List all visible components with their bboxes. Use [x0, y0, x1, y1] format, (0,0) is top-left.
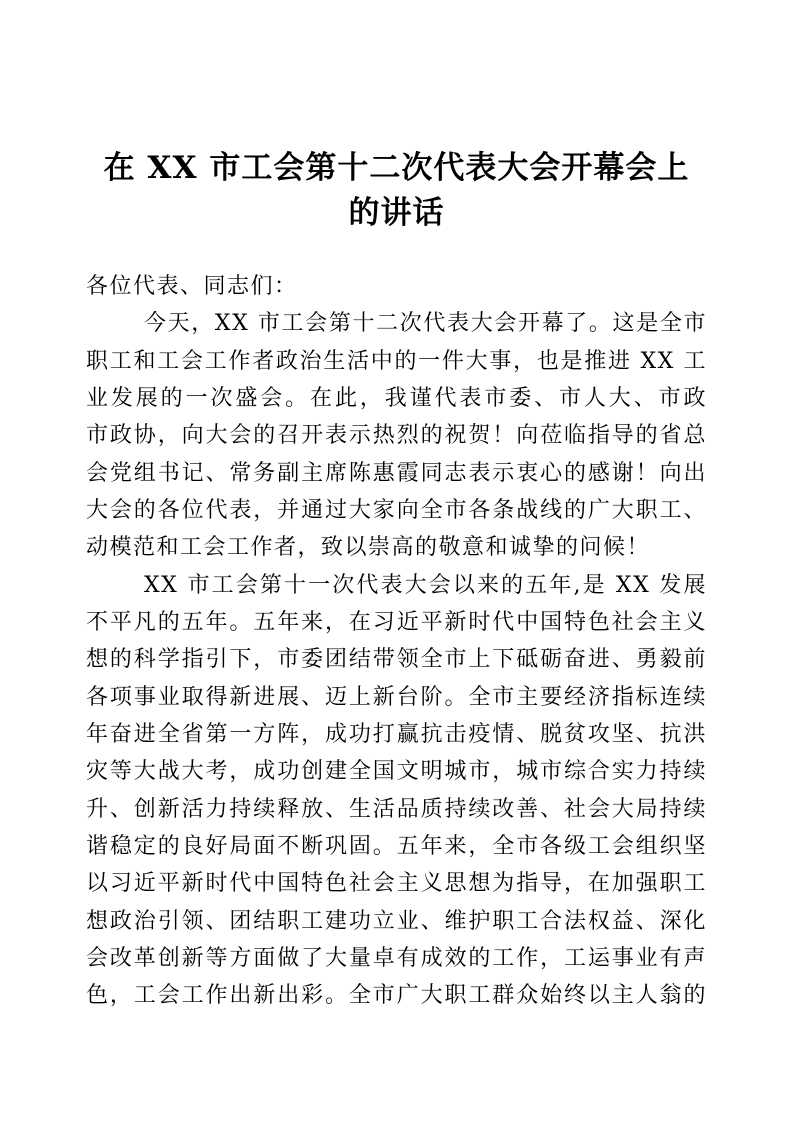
text-line: 升、创新活力持续释放、生活品质持续改善、社会大局持续和	[86, 791, 707, 828]
text-line: 今天，XX 市工会第十二次代表大会开幕了。这是全市广大	[86, 305, 707, 342]
text-line: 职工和工会工作者政治生活中的一件大事，也是推进 XX 工运事	[86, 343, 707, 380]
text-line: 业发展的一次盛会。在此，我谨代表市委、市人大、市政府、	[86, 380, 707, 417]
text-line: 色，工会工作出新出彩。全市广大职工群众始终以主人翁的姿	[86, 977, 707, 1014]
document-title: 在 XX 市工会第十二次代表大会开幕会上的讲话	[86, 146, 707, 236]
document-page: 在 XX 市工会第十二次代表大会开幕会上的讲话 各位代表、同志们：今天，XX 市…	[0, 0, 793, 1122]
paragraph: 各位代表、同志们：	[86, 268, 707, 305]
text-line: 市政协，向大会的召开表示热烈的祝贺！向莅临指导的省总工	[86, 417, 707, 454]
text-line: 想的科学指引下，市委团结带领全市上下砥砺奋进、勇毅前行，	[86, 641, 707, 678]
text-line: 年奋进全省第一方阵，成功打赢抗击疫情、脱贫攻坚、抗洪救	[86, 716, 707, 753]
paragraph: XX 市工会第十一次代表大会以来的五年,是 XX 发展史上极不平凡的五年。五年来…	[86, 567, 707, 1015]
document-body: 各位代表、同志们：今天，XX 市工会第十二次代表大会开幕了。这是全市广大职工和工…	[86, 268, 707, 1015]
title-line: 在 XX 市工会第十二次代表大会开幕会上	[86, 146, 707, 191]
text-line: 会党组书记、常务副主席陈惠霞同志表示衷心的感谢！向出席	[86, 455, 707, 492]
text-line: 以习近平新时代中国特色社会主义思想为指导，在加强职工思	[86, 865, 707, 902]
title-line: 的讲话	[86, 191, 707, 236]
text-line: XX 市工会第十一次代表大会以来的五年,是 XX 发展史上极	[86, 567, 707, 604]
text-line: 不平凡的五年。五年来，在习近平新时代中国特色社会主义思	[86, 604, 707, 641]
paragraph: 今天，XX 市工会第十二次代表大会开幕了。这是全市广大职工和工会工作者政治生活中…	[86, 305, 707, 566]
text-line: 谐稳定的良好局面不断巩固。五年来，全市各级工会组织坚持	[86, 828, 707, 865]
text-line: 会改革创新等方面做了大量卓有成效的工作，工运事业有声有	[86, 940, 707, 977]
text-line: 动模范和工会工作者，致以崇高的敬意和诚挚的问候！	[86, 529, 707, 566]
text-line: 想政治引领、团结职工建功立业、维护职工合法权益、深化工	[86, 903, 707, 940]
text-line: 各位代表、同志们：	[86, 268, 707, 305]
text-line: 大会的各位代表，并通过大家向全市各条战线的广大职工、劳	[86, 492, 707, 529]
text-line: 各项事业取得新进展、迈上新台阶。全市主要经济指标连续四	[86, 679, 707, 716]
text-line: 灾等大战大考，成功创建全国文明城市，城市综合实力持续提	[86, 753, 707, 790]
